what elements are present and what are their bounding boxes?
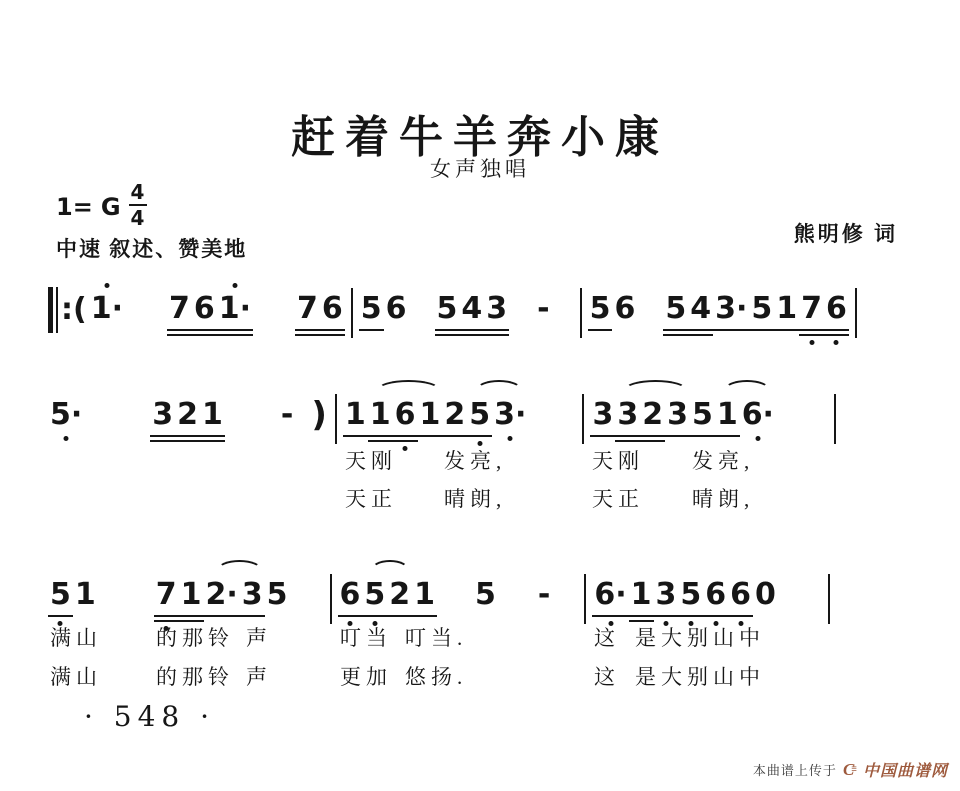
beam-underline xyxy=(368,440,393,442)
note-5: 5 xyxy=(437,292,458,326)
note-5: 5 xyxy=(361,292,382,326)
beam-underline xyxy=(175,440,200,442)
beam-underline xyxy=(362,615,387,617)
note-1: 1 xyxy=(370,398,391,432)
note-3: 3 xyxy=(486,292,507,326)
note-6: 6 xyxy=(730,578,751,612)
beam-underline xyxy=(663,329,688,331)
note-7: 7 xyxy=(156,578,177,612)
note-5: 5 xyxy=(751,292,772,326)
spacer xyxy=(84,398,150,399)
barline xyxy=(584,574,586,624)
note-5: 5 xyxy=(267,578,288,612)
beam-underline xyxy=(150,435,175,437)
octave-dot-below xyxy=(64,436,69,441)
watermark-site-name: 中国曲谱网 xyxy=(863,758,948,781)
beam-underline xyxy=(295,329,320,331)
beam-underline xyxy=(320,334,345,336)
lyrics-chunk: 悠扬. xyxy=(405,661,467,691)
barline xyxy=(828,574,830,624)
spacer xyxy=(509,292,533,293)
site-logo-icon: C ≡ xyxy=(843,761,857,778)
lyrics-chunk: 这 xyxy=(594,622,620,652)
lyrics-chunk: 发亮, xyxy=(692,445,754,475)
notes-row: 51712·3565215-6·135660 xyxy=(0,560,960,624)
lyrics-chunk: 天正 xyxy=(592,483,644,513)
beam-underline xyxy=(435,329,460,331)
logo-lines-glyph: ≡ xyxy=(851,764,857,775)
lyrics-chunk: 声 xyxy=(246,661,272,691)
beam-underline xyxy=(179,615,204,617)
note-5: 5 xyxy=(475,578,496,612)
score-line-1: :(1·761·7656543-56543·5176 xyxy=(0,274,960,374)
spacer xyxy=(409,292,435,293)
beam-underline xyxy=(678,615,703,617)
lyrics-chunk: 晴朗, xyxy=(692,483,754,513)
note-6: 6 xyxy=(322,292,343,326)
lyrics-chunk: 晴朗, xyxy=(444,483,506,513)
note-5: 5 xyxy=(665,292,686,326)
note-2: 2 xyxy=(389,578,410,612)
begin-repeat-sign: :( xyxy=(48,287,87,333)
beam-underline xyxy=(154,615,179,617)
beam-underline xyxy=(715,435,740,437)
note-6: 6· xyxy=(594,578,626,612)
slur-arc xyxy=(724,380,770,400)
note-1: 1 xyxy=(776,292,797,326)
lyrics-row: 天正晴朗,天正晴朗, xyxy=(0,483,960,513)
note-2: 2 xyxy=(642,398,663,432)
slur-arc xyxy=(476,380,522,400)
beam-underline xyxy=(588,329,613,331)
score-line-2: 5·321-)1161253·3323516· 天刚发亮,天刚发亮,天正晴朗,天… xyxy=(0,380,960,540)
note-3: 3· xyxy=(715,292,747,326)
note-3: 3 xyxy=(656,578,677,612)
spacer xyxy=(225,398,277,399)
duration-dash: - xyxy=(537,292,549,326)
spacer xyxy=(253,292,295,293)
thin-bar xyxy=(56,287,58,333)
barline xyxy=(335,394,337,444)
note-1: 1 xyxy=(202,398,223,432)
score-line-3: 51712·3565215-6·135660 满山的那铃声叮当叮当.这是大别山中… xyxy=(0,560,960,720)
octave-dot-below xyxy=(508,436,513,441)
beam-underline xyxy=(688,329,713,331)
note-5: 5 xyxy=(692,398,713,432)
note-3: 3 xyxy=(152,398,173,432)
spacer xyxy=(297,398,309,399)
barline xyxy=(834,394,836,444)
note-1: 1 xyxy=(345,398,366,432)
beam-underline xyxy=(200,435,225,437)
lyrics-chunk: 更加 xyxy=(340,661,392,691)
barline xyxy=(330,574,332,624)
lyrics-chunk: 满山 xyxy=(50,622,102,652)
page-number: · 548 · xyxy=(84,700,215,733)
note-1: 1 xyxy=(717,398,738,432)
score: :(1·761·7656543-56543·5176 5·321-)116125… xyxy=(0,0,960,791)
beam-underline xyxy=(663,334,688,336)
note-1: 1 xyxy=(631,578,652,612)
slur-arc xyxy=(377,380,439,400)
beam-underline xyxy=(459,334,484,336)
beam-underline xyxy=(167,334,192,336)
beam-underline xyxy=(799,334,824,336)
spacer xyxy=(98,578,154,579)
beam-underline xyxy=(615,440,640,442)
lyrics-chunk: 天刚 xyxy=(345,445,397,475)
repeat-colon-paren: :( xyxy=(61,288,87,332)
note-5: 5 xyxy=(469,398,490,432)
beam-underline xyxy=(799,329,824,331)
beam-underline xyxy=(442,435,467,437)
octave-dot-above xyxy=(104,283,109,288)
note-5: 5 xyxy=(50,578,71,612)
beam-underline xyxy=(590,435,615,437)
note-5: 5 xyxy=(680,578,701,612)
spacer xyxy=(437,578,473,579)
beam-underline xyxy=(728,615,753,617)
beam-underline xyxy=(393,435,418,437)
lyrics-chunk: 是大别山中 xyxy=(635,622,765,652)
watermark: 本曲谱上传于 C ≡ 中国曲谱网 xyxy=(753,758,948,781)
octave-dot-below xyxy=(834,340,839,345)
note-0: 0 xyxy=(755,578,776,612)
octave-dot-above xyxy=(232,283,237,288)
note-3: 3 xyxy=(617,398,638,432)
note-6: 6· xyxy=(742,398,774,432)
barline xyxy=(351,288,353,338)
note-1: 1 xyxy=(181,578,202,612)
beam-underline xyxy=(48,615,73,617)
spacer xyxy=(528,398,576,399)
beam-underline xyxy=(418,435,443,437)
note-3: 3 xyxy=(242,578,263,612)
notes-row: 5·321-)1161253·3323516· xyxy=(0,380,960,444)
beam-underline xyxy=(320,329,345,331)
beam-underline xyxy=(217,334,253,336)
sheet-music-page: 赶着牛羊奔小康 女声独唱 1= G 4 4 中速 叙述、赞美地 熊明修 词 :(… xyxy=(0,0,960,791)
beam-underline xyxy=(192,334,217,336)
beam-underline xyxy=(467,435,492,437)
note-2: 2 xyxy=(444,398,465,432)
lyrics-chunk: 的那铃 xyxy=(156,661,234,691)
beam-underline xyxy=(192,329,217,331)
beam-underline xyxy=(393,440,418,442)
spacer xyxy=(776,398,828,399)
beam-underline xyxy=(592,615,628,617)
note-1: 1 xyxy=(75,578,96,612)
note-6: 6 xyxy=(395,398,416,432)
beam-underline xyxy=(690,435,715,437)
slur-arc xyxy=(371,560,408,580)
note-1: 1· xyxy=(91,292,123,326)
note-4: 4 xyxy=(690,292,711,326)
slur-arc xyxy=(624,380,686,400)
lyrics-chunk: 这 xyxy=(594,661,620,691)
beam-underline xyxy=(749,329,774,331)
barline xyxy=(855,288,857,338)
parenthesis: ) xyxy=(311,398,327,432)
beam-underline xyxy=(412,615,437,617)
beam-underline xyxy=(387,615,412,617)
beam-underline xyxy=(435,334,460,336)
note-7: 7 xyxy=(297,292,318,326)
beam-underline xyxy=(665,435,690,437)
beam-underline xyxy=(703,615,728,617)
spacer xyxy=(554,292,574,293)
note-5: 5· xyxy=(50,398,82,432)
spacer xyxy=(637,292,663,293)
note-2: 2 xyxy=(177,398,198,432)
spacer xyxy=(290,578,324,579)
note-7: 7 xyxy=(801,292,822,326)
watermark-prefix: 本曲谱上传于 xyxy=(753,760,837,779)
beam-underline xyxy=(824,329,849,331)
note-5: 5 xyxy=(590,292,611,326)
note-6: 6 xyxy=(705,578,726,612)
lyrics-row: 天刚发亮,天刚发亮, xyxy=(0,445,960,475)
lyrics-row: 满山的那铃声叮当叮当.这是大别山中 xyxy=(0,622,960,652)
beam-underline xyxy=(359,329,384,331)
beam-underline xyxy=(824,334,849,336)
duration-dash: - xyxy=(281,398,293,432)
notes-row: :(1·761·7656543-56543·5176 xyxy=(0,274,960,338)
beam-underline xyxy=(204,615,240,617)
thick-bar xyxy=(48,287,53,333)
note-1: 1· xyxy=(219,292,251,326)
note-1: 1 xyxy=(414,578,435,612)
barline xyxy=(582,394,584,444)
beam-underline xyxy=(774,329,799,331)
lyrics-chunk: 叮当 xyxy=(340,622,392,652)
note-5: 5 xyxy=(364,578,385,612)
note-6: 6 xyxy=(340,578,361,612)
note-6: 6 xyxy=(386,292,407,326)
beam-underline xyxy=(654,615,679,617)
beam-underline xyxy=(240,615,265,617)
note-6: 6 xyxy=(826,292,847,326)
note-2: 2· xyxy=(206,578,238,612)
note-3: 3 xyxy=(592,398,613,432)
beam-underline xyxy=(217,329,253,331)
lyrics-chunk: 发亮, xyxy=(444,445,506,475)
lyrics-chunk: 天刚 xyxy=(592,445,644,475)
lyrics-chunk: 是大别山中 xyxy=(635,661,765,691)
beam-underline xyxy=(640,435,665,437)
beam-underline xyxy=(338,615,363,617)
beam-underline xyxy=(459,329,484,331)
note-6: 6 xyxy=(614,292,635,326)
beam-underline xyxy=(368,435,393,437)
slur-arc xyxy=(217,560,262,580)
note-4: 4 xyxy=(461,292,482,326)
duration-dash: - xyxy=(538,578,550,612)
lyrics-chunk: 天正 xyxy=(345,483,397,513)
beam-underline xyxy=(629,615,654,617)
beam-underline xyxy=(167,329,192,331)
lyrics-chunk: 叮当. xyxy=(405,622,467,652)
beam-underline xyxy=(615,435,640,437)
beam-underline xyxy=(150,440,175,442)
note-3: 3· xyxy=(494,398,526,432)
lyrics-chunk: 的那铃 xyxy=(156,622,234,652)
spacer xyxy=(778,578,822,579)
note-7: 7 xyxy=(169,292,190,326)
beam-underline xyxy=(713,329,749,331)
beam-underline xyxy=(640,440,665,442)
spacer xyxy=(554,578,578,579)
beam-underline xyxy=(175,435,200,437)
beam-underline xyxy=(484,329,509,331)
beam-underline xyxy=(200,440,225,442)
spacer xyxy=(125,292,167,293)
lyrics-chunk: 满山 xyxy=(50,661,102,691)
beam-underline xyxy=(688,334,713,336)
beam-underline xyxy=(295,334,320,336)
note-3: 3 xyxy=(667,398,688,432)
lyrics-row: 满山的那铃声更加悠扬.这是大别山中 xyxy=(0,661,960,691)
beam-underline xyxy=(343,435,368,437)
octave-dot-below xyxy=(755,436,760,441)
octave-dot-below xyxy=(809,340,814,345)
spacer xyxy=(498,578,534,579)
lyrics-chunk: 声 xyxy=(246,622,272,652)
beam-underline xyxy=(484,334,509,336)
barline xyxy=(580,288,582,338)
note-1: 1 xyxy=(420,398,441,432)
note-6: 6 xyxy=(194,292,215,326)
